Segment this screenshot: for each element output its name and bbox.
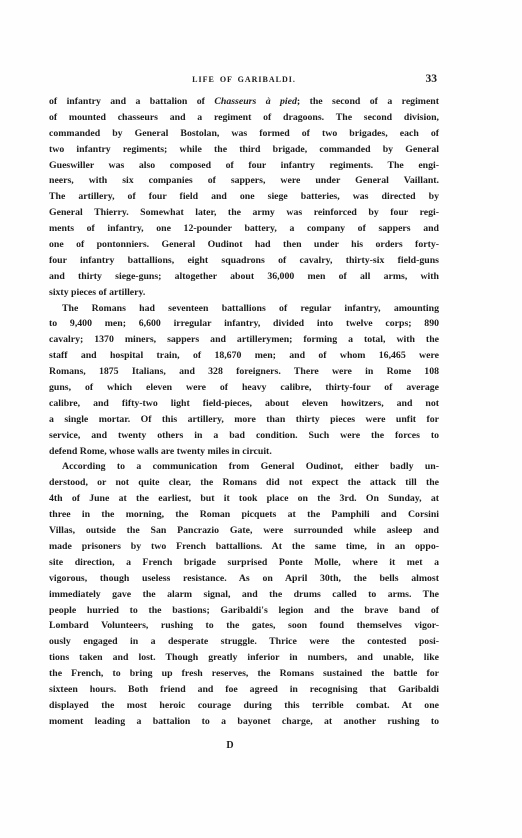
text-line: Lombard Volunteers, rushing to the gates…: [49, 618, 439, 634]
text-line: derstood, or not quite clear, the Romans…: [49, 475, 439, 491]
body-text: of infantry and a battalion of Chasseurs…: [49, 94, 439, 730]
text-line: tions taken and lost. Though greatly inf…: [49, 650, 439, 666]
page-header: LIFE OF GARIBALDI. 33: [49, 73, 439, 87]
running-title: LIFE OF GARIBALDI.: [49, 75, 439, 84]
text-line: sixteen hours. Both friend and foe agree…: [49, 682, 439, 698]
text-line: site direction, a French brigade surpris…: [49, 555, 439, 571]
text-line: The artillery, of four field and one sie…: [49, 189, 439, 205]
text-line: cavalry; 1370 miners, sappers and artill…: [49, 332, 439, 348]
text-line: 4th of June at the earliest, but it took…: [49, 491, 439, 507]
text-line: four infantry battallions, eight squadro…: [49, 253, 439, 269]
text-line: service, and twenty others in a bad cond…: [49, 428, 439, 444]
text-line: two infantry regiments; while the third …: [49, 142, 439, 158]
signature-mark: D: [160, 740, 300, 751]
text-line: of mounted chasseurs and a regiment of d…: [49, 110, 439, 126]
text-line: moment leading a battalion to a bayonet …: [49, 714, 439, 730]
text-line: Villas, outside the San Pancrazio Gate, …: [49, 523, 439, 539]
text-line: the French, to bring up fresh reserves, …: [49, 666, 439, 682]
text-line: three in the morning, the Roman picquets…: [49, 507, 439, 523]
text-line: displayed the most heroic courage during…: [49, 698, 439, 714]
text-line: to 9,400 men; 6,600 irregular infantry, …: [49, 316, 439, 332]
text-line: vigorous, though useless resistance. As …: [49, 571, 439, 587]
text-line: and thirty siege-guns; altogether about …: [49, 269, 439, 285]
text-line: Gueswiller was also composed of four inf…: [49, 158, 439, 174]
text-line: neers, with six companies of sappers, we…: [49, 173, 439, 189]
page-number: 33: [426, 73, 438, 85]
text-line: commanded by General Bostolan, was forme…: [49, 126, 439, 142]
text-line: calibre, and fifty-two light field-piece…: [49, 396, 439, 412]
book-page: LIFE OF GARIBALDI. 33 of infantry and a …: [0, 0, 522, 838]
text-line: sixty pieces of artillery.: [49, 285, 439, 301]
text-line: defend Rome, whose walls are twenty mile…: [49, 444, 439, 460]
text-line: one of pontonniers. General Oudinot had …: [49, 237, 439, 253]
text-line: According to a communication from Genera…: [49, 459, 439, 475]
text-line: Romans, 1875 Italians, and 328 foreigner…: [49, 364, 439, 380]
text-line: immediately gave the alarm signal, and t…: [49, 587, 439, 603]
text-line: guns, of which eleven were of heavy cali…: [49, 380, 439, 396]
text-line: ously engaged in a desperate struggle. T…: [49, 634, 439, 650]
text-line: General Thierry. Somewhat later, the arm…: [49, 205, 439, 221]
text-line: of infantry and a battalion of Chasseurs…: [49, 94, 439, 110]
text-line: made prisoners by two French battallions…: [49, 539, 439, 555]
text-line: The Romans had seventeen battallions of …: [49, 301, 439, 317]
text-line: staff and hospital train, of 18,670 men;…: [49, 348, 439, 364]
text-line: people hurried to the bastions; Garibald…: [49, 603, 439, 619]
text-line: a single mortar. Of this artillery, more…: [49, 412, 439, 428]
text-line: ments of infantry, one 12-pounder batter…: [49, 221, 439, 237]
